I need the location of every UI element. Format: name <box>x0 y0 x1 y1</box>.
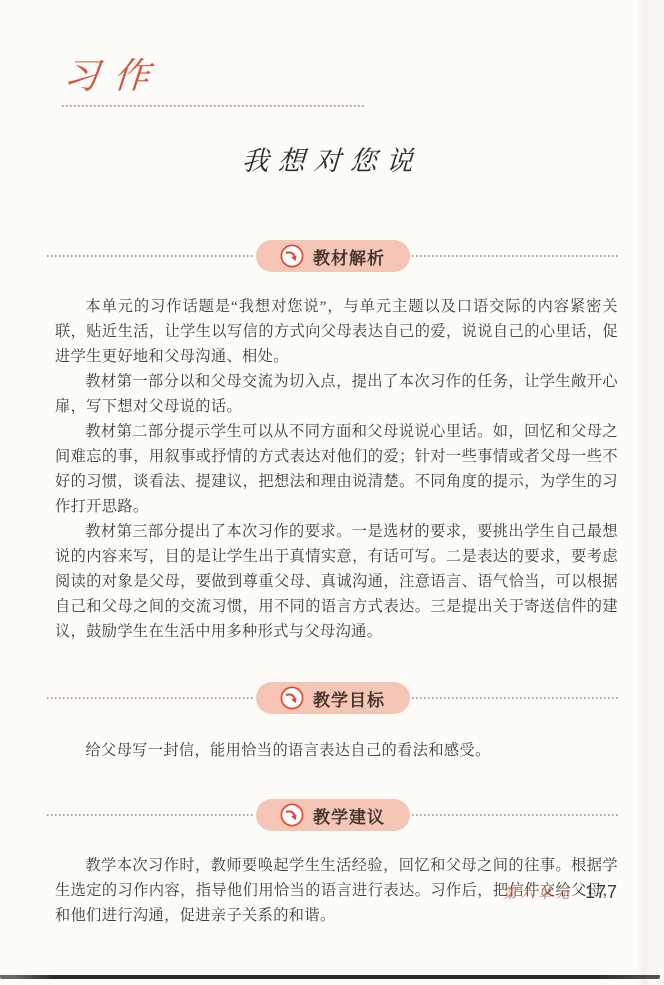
section-title: 教材解析 <box>313 244 385 269</box>
section-header-teaching-suggestions: 教学建议 <box>47 799 618 831</box>
curved-down-right-arrow-icon <box>280 686 304 710</box>
section-body-textbook-analysis: 本单元的习作话题是“我想对您说”，与单元主题以及口语交际的内容紧密关联，贴近生活… <box>0 294 664 644</box>
section-header-textbook-analysis: 教材解析 <box>47 240 618 272</box>
scan-bottom-edge <box>0 975 660 979</box>
paragraph: 本单元的习作话题是“我想对您说”，与单元主题以及口语交际的内容紧密关联，贴近生活… <box>55 294 618 369</box>
dotted-rule <box>62 105 364 107</box>
book-page: 习作 我想对您说 教材解析 本单元的习作话题是“我想对您说”，与单元主题以及口语… <box>0 0 664 985</box>
section-body-teaching-goals: 给父母写一封信，能用恰当的语言表达自己的看法和感受。 <box>0 738 664 763</box>
dotted-divider-right <box>412 255 619 257</box>
curved-down-right-arrow-icon <box>280 244 304 268</box>
dotted-divider-left <box>47 255 254 257</box>
paragraph: 教材第三部分提出了本次习作的要求。一是选材的要求，要挑出学生自己最想说的内容来写… <box>55 519 618 644</box>
section-title: 教学建议 <box>313 803 385 828</box>
section-title: 教学目标 <box>313 686 385 711</box>
page-footer: 第六单元 177 <box>503 882 618 903</box>
dotted-divider-left <box>47 814 254 816</box>
dotted-divider-left <box>47 697 254 699</box>
unit-label: 第六单元 <box>503 882 573 902</box>
section-pill: 教学目标 <box>256 682 410 714</box>
lesson-title: 我想对您说 <box>0 139 664 178</box>
paragraph: 给父母写一封信，能用恰当的语言表达自己的看法和感受。 <box>55 738 618 763</box>
section-pill: 教材解析 <box>256 240 410 272</box>
section-pill: 教学建议 <box>256 799 410 831</box>
curved-down-right-arrow-icon <box>280 803 304 827</box>
paragraph: 教材第二部分提示学生可以从不同方面和父母说说心里话。如，回忆和父母之间难忘的事，… <box>55 419 618 519</box>
page-header: 习作 <box>0 0 664 107</box>
dotted-divider-right <box>412 697 619 699</box>
page-number: 177 <box>585 882 618 903</box>
category-title: 习作 <box>62 56 664 96</box>
paragraph: 教材第一部分以和父母交流为切入点，提出了本次习作的任务，让学生敞开心扉，写下想对… <box>55 369 618 419</box>
dotted-divider-right <box>412 814 619 816</box>
section-header-teaching-goals: 教学目标 <box>47 682 618 714</box>
